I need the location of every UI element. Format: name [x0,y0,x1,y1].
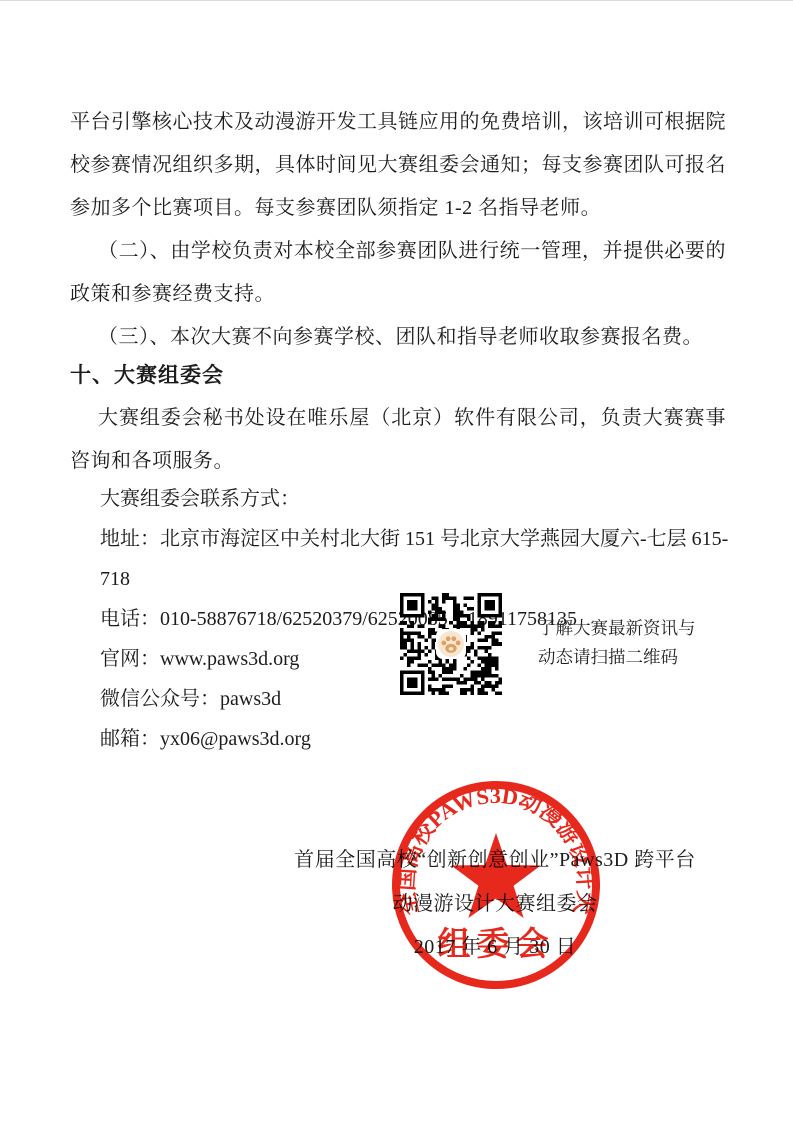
signature-line2: 动漫游设计大赛组委会 [198,883,792,927]
contact-label: 官网： [100,648,160,670]
qr-caption: 了解大赛最新资讯与 动态请扫描二维码 [538,614,738,672]
paragraph-secretariat: 大赛组委会秘书处设在唯乐屋（北京）软件有限公司，负责大赛赛事咨询和各项服务。 [70,397,726,483]
paragraph-training: 平台引擎核心技术及动漫游开发工具链应用的免费培训，该培训可根据院校参赛情况组织多… [70,101,726,230]
signature-date: 2017 年 6 月 30 日 [198,926,792,970]
contact-value: paws3d [220,688,281,710]
paragraph-item-2: （二）、由学校负责对本校全部参赛团队进行统一管理，并提供必要的政策和参赛经费支持… [70,230,726,316]
contact-value: www.paws3d.org [160,648,299,670]
signature-block: 首届全国高校“创新创意创业”Paws3D 跨平台 动漫游设计大赛组委会 2017… [198,839,792,970]
contact-row-address: 地址：北京市海淀区中关村北大街 151 号北京大学燕园大厦六-七层 615-71… [100,519,740,599]
qr-caption-line2: 动态请扫描二维码 [538,643,738,672]
body-paragraphs: 平台引擎核心技术及动漫游开发工具链应用的免费培训，该培训可根据院校参赛情况组织多… [70,101,726,359]
contact-label: 微信公众号： [100,688,220,710]
document-page: 平台引擎核心技术及动漫游开发工具链应用的免费培训，该培训可根据院校参赛情况组织多… [0,0,793,1123]
contact-intro: 大赛组委会联系方式： [100,479,720,519]
contact-value: yx06@paws3d.org [160,728,311,750]
contact-label: 地址： [100,528,160,550]
qr-code [400,593,502,695]
paragraph-item-3: （三）、本次大赛不向参赛学校、团队和指导老师收取参赛报名费。 [70,316,726,359]
qr-caption-line1: 了解大赛最新资讯与 [538,614,738,643]
contact-value: 010-58876718/62520379/62520085 189117581… [160,608,577,630]
contact-label: 邮箱： [100,728,160,750]
paw-logo-icon [436,629,466,659]
signature-line1: 首届全国高校“创新创意创业”Paws3D 跨平台 [198,839,792,883]
contact-value: 北京市海淀区中关村北大街 151 号北京大学燕园大厦六-七层 615-718 [100,528,728,590]
contact-label: 电话： [100,608,160,630]
section-heading: 十、大赛组委会 [70,354,726,397]
contact-row-email: 邮箱：yx06@paws3d.org [100,719,740,759]
